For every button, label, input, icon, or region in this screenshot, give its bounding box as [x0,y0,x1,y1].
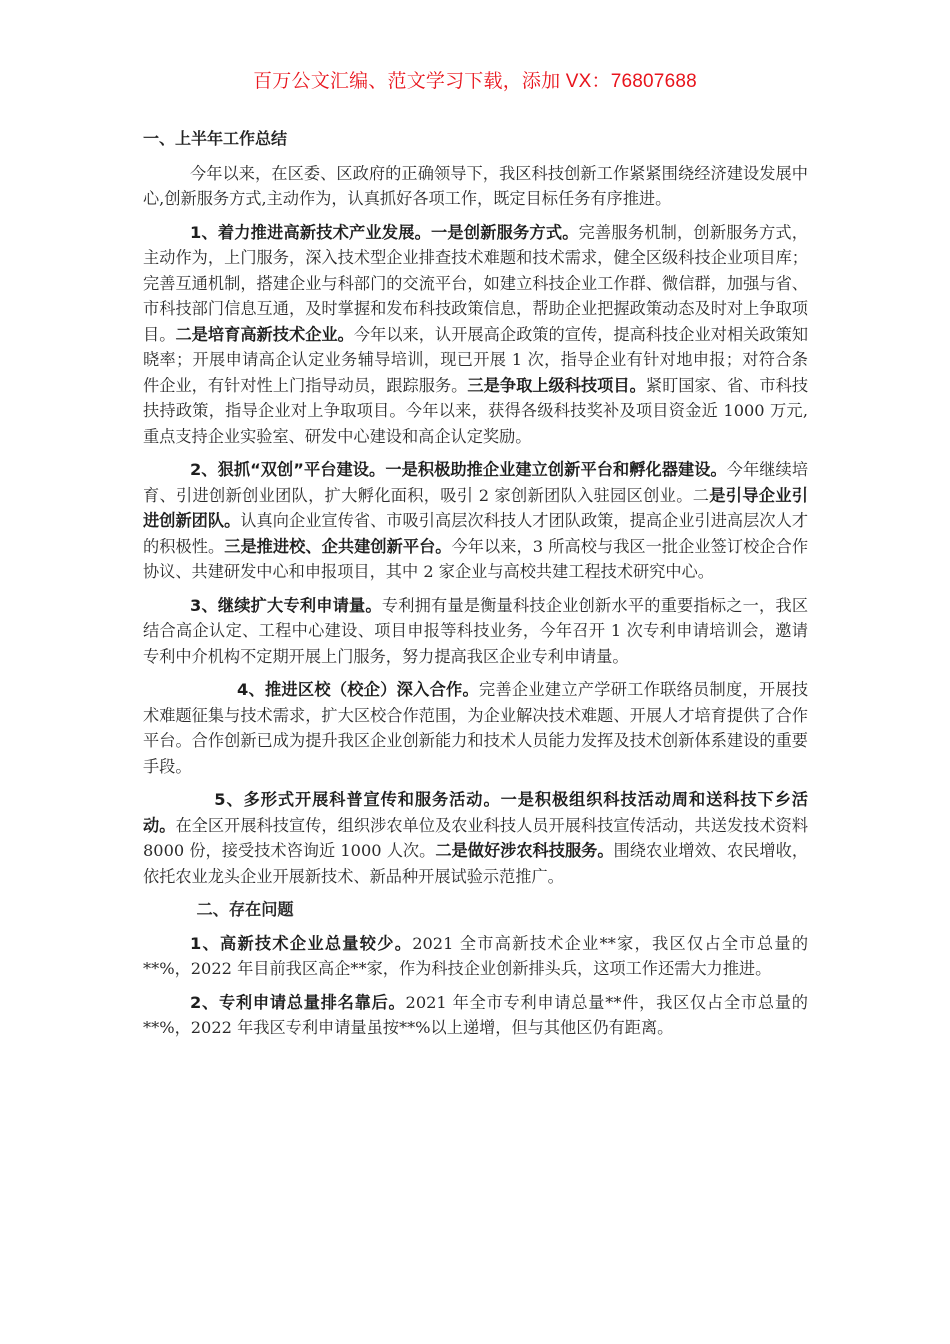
problem-title: 1、高新技术企业总量较少。 [190,934,412,953]
document-body: 一、上半年工作总结 今年以来，在区委、区政府的正确领导下，我区科技创新工作紧紧围… [143,126,808,1049]
item-paragraph-5: 5、多形式开展科普宣传和服务活动。一是积极组织科技活动周和送科技下乡活动。在全区… [143,787,808,889]
item-title: 5、多形式开展科普宣传和服务活动。 [214,790,500,809]
section-heading-summary: 一、上半年工作总结 [143,126,808,152]
item-paragraph-3: 3、继续扩大专利申请量。专利拥有量是衡量科技企业创新水平的重要指标之一，我区结合… [143,593,808,670]
item-title: 4、推进区校（校企）深入合作。 [237,680,479,699]
subpoint-title: 三是争取上级科技项目。 [467,376,645,395]
subpoint-title: 二是培育高新技术企业。 [175,325,353,344]
document-page: 百万公文汇编、范文学习下载，添加 VX：76807688 一、上半年工作总结 今… [0,0,950,1344]
item-paragraph-1: 1、着力推进高新技术产业发展。一是创新服务方式。完善服务机制，创新服务方式，主动… [143,220,808,450]
section-heading-problems: 二、存在问题 [143,897,808,923]
subpoint-title: 一是积极助推企业建立创新平台和孵化器建设。 [385,460,726,479]
item-paragraph-2: 2、狠抓“双创”平台建设。一是积极助推企业建立创新平台和孵化器建设。今年继续培育… [143,457,808,585]
subpoint-title: 三是推进校、企共建创新平台。 [224,537,451,556]
item-title: 2、狠抓“双创”平台建设。 [190,460,385,479]
problem-paragraph-2: 2、专利申请总量排名靠后。2021 年全市专利申请总量**件，我区仅占全市总量的… [143,990,808,1041]
intro-paragraph: 今年以来，在区委、区政府的正确领导下，我区科技创新工作紧紧围绕经济建设发展中心,… [143,161,808,212]
item-paragraph-4: 4、推进区校（校企）深入合作。完善企业建立产学研工作联络员制度，开展技术难题征集… [143,677,808,779]
item-title: 3、继续扩大专利申请量。 [190,596,382,615]
problem-title: 2、专利申请总量排名靠后。 [190,993,406,1012]
item-title: 1、着力推进高新技术产业发展。 [190,223,431,242]
watermark-banner: 百万公文汇编、范文学习下载，添加 VX：76807688 [0,66,950,93]
problem-paragraph-1: 1、高新技术企业总量较少。2021 全市高新技术企业**家，我区仅占全市总量的*… [143,931,808,982]
subpoint-title: 二是做好涉农科技服务。 [435,841,613,860]
subpoint-title: 一是创新服务方式。 [431,223,579,242]
